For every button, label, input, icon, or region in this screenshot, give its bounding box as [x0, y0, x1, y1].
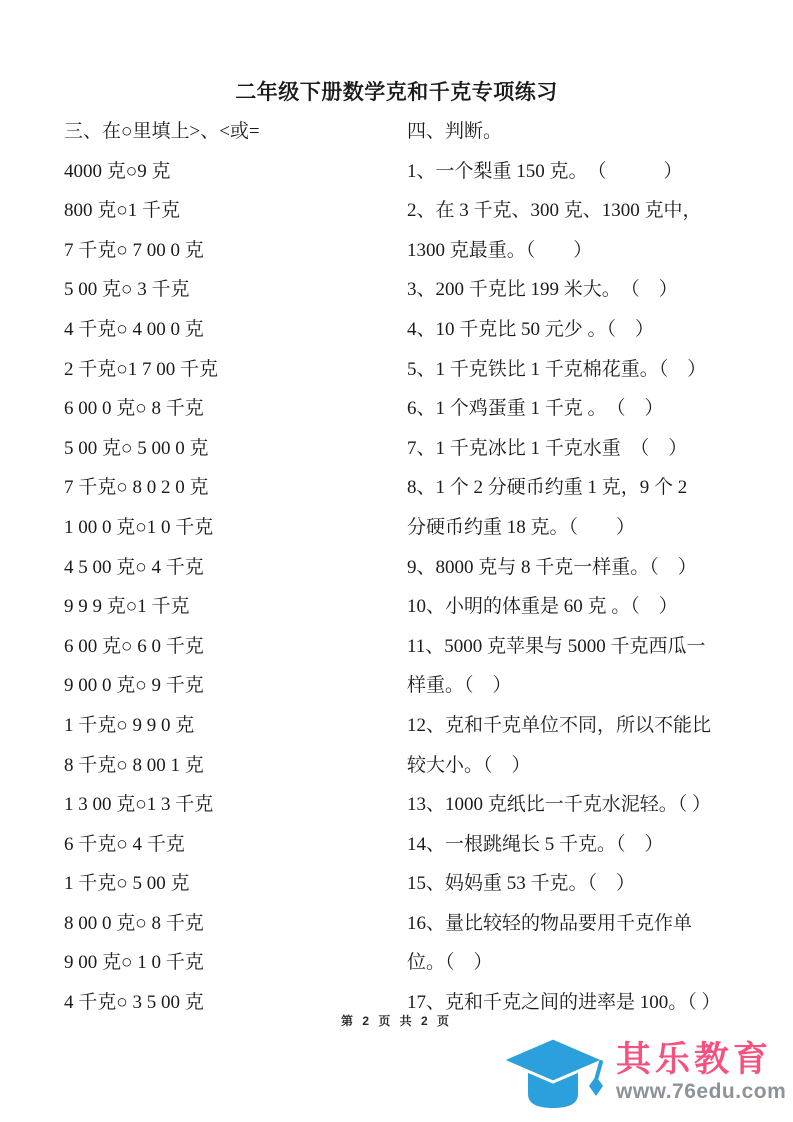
comparison-item: 1 千克○ 9 9 0 克 — [64, 706, 399, 746]
judgment-line: 位。（ ） — [407, 943, 793, 983]
comparison-item: 4000 克○9 克 — [64, 152, 399, 192]
worksheet-page: 二年级下册数学克和千克专项练习 三、在○里填上>、<或= 4000 克○9 克 … — [0, 0, 793, 1122]
comparison-item: 6 00 0 克○ 8 千克 — [64, 389, 399, 429]
judgment-line: 分硬币约重 18 克。（ ） — [407, 508, 793, 548]
comparison-item: 9 9 9 克○1 千克 — [64, 587, 399, 627]
judgment-line: 5、1 千克铁比 1 千克棉花重。（ ） — [407, 350, 793, 390]
judgment-line: 3、200 千克比 199 米大。 （ ） — [407, 270, 793, 310]
section-three-header: 三、在○里填上>、<或= — [64, 112, 399, 152]
section-four: 四、判断。 1、一个梨重 150 克。 （ ） 2、在 3 千克、300 克、1… — [407, 112, 793, 1023]
comparison-item: 1 3 00 克○1 3 千克 — [64, 785, 399, 825]
judgment-line: 1、一个梨重 150 克。 （ ） — [407, 152, 793, 192]
page-number: 第 2 页 共 2 页 — [0, 1012, 793, 1029]
logo-text: 其乐教育 www.76edu.com — [616, 1042, 786, 1104]
judgment-line: 16、量比较轻的物品要用千克作单 — [407, 904, 793, 944]
comparison-item: 6 00 克○ 6 0 千克 — [64, 627, 399, 667]
judgment-line: 8、1 个 2 分硬币约重 1 克，9 个 2 — [407, 468, 793, 508]
section-four-list: 1、一个梨重 150 克。 （ ） 2、在 3 千克、300 克、1300 克中… — [407, 152, 793, 1023]
judgment-line: 15、妈妈重 53 千克。（ ） — [407, 864, 793, 904]
judgment-line: 12、克和千克单位不同，所以不能比 — [407, 706, 793, 746]
comparison-item: 6 千克○ 4 千克 — [64, 825, 399, 865]
page-title: 二年级下册数学克和千克专项练习 — [0, 76, 793, 106]
logo-brand-text: 其乐教育 — [616, 1042, 786, 1077]
comparison-item: 9 00 克○ 1 0 千克 — [64, 943, 399, 983]
section-three: 三、在○里填上>、<或= 4000 克○9 克 800 克○1 千克 7 千克○… — [64, 112, 399, 1023]
comparison-item: 5 00 克○ 3 千克 — [64, 270, 399, 310]
judgment-line: 9、8000 克与 8 千克一样重。（ ） — [407, 548, 793, 588]
section-four-header: 四、判断。 — [407, 112, 793, 152]
judgment-line: 2、在 3 千克、300 克、1300 克中， — [407, 191, 793, 231]
logo: 其乐教育 www.76edu.com — [490, 1030, 793, 1118]
judgment-line: 10、小明的体重是 60 克 。（ ） — [407, 587, 793, 627]
comparison-item: 8 千克○ 8 00 1 克 — [64, 746, 399, 786]
graduation-cap-icon — [490, 1030, 614, 1116]
judgment-line: 较大小。（ ） — [407, 746, 793, 786]
comparison-item: 800 克○1 千克 — [64, 191, 399, 231]
comparison-item: 2 千克○1 7 00 千克 — [64, 350, 399, 390]
judgment-line: 样重。（ ） — [407, 666, 793, 706]
comparison-item: 8 00 0 克○ 8 千克 — [64, 904, 399, 944]
comparison-item: 4 5 00 克○ 4 千克 — [64, 548, 399, 588]
judgment-line: 7、1 千克冰比 1 千克水重 （ ） — [407, 429, 793, 469]
logo-website-text: www.76edu.com — [616, 1080, 786, 1104]
judgment-line: 6、1 个鸡蛋重 1 千克 。 （ ） — [407, 389, 793, 429]
comparison-item: 1 00 0 克○1 0 千克 — [64, 508, 399, 548]
judgment-line: 11、5000 克苹果与 5000 千克西瓜一 — [407, 627, 793, 667]
comparison-item: 7 千克○ 8 0 2 0 克 — [64, 468, 399, 508]
judgment-line: 4、10 千克比 50 元少 。（ ） — [407, 310, 793, 350]
comparison-item: 7 千克○ 7 00 0 克 — [64, 231, 399, 271]
section-three-list: 4000 克○9 克 800 克○1 千克 7 千克○ 7 00 0 克 5 0… — [64, 152, 399, 1023]
comparison-item: 5 00 克○ 5 00 0 克 — [64, 429, 399, 469]
judgment-line: 13、1000 克纸比一千克水泥轻。（ ） — [407, 785, 793, 825]
comparison-item: 1 千克○ 5 00 克 — [64, 864, 399, 904]
judgment-line: 14、一根跳绳长 5 千克。（ ） — [407, 825, 793, 865]
comparison-item: 9 00 0 克○ 9 千克 — [64, 666, 399, 706]
judgment-line: 1300 克最重。（ ） — [407, 231, 793, 271]
comparison-item: 4 千克○ 4 00 0 克 — [64, 310, 399, 350]
